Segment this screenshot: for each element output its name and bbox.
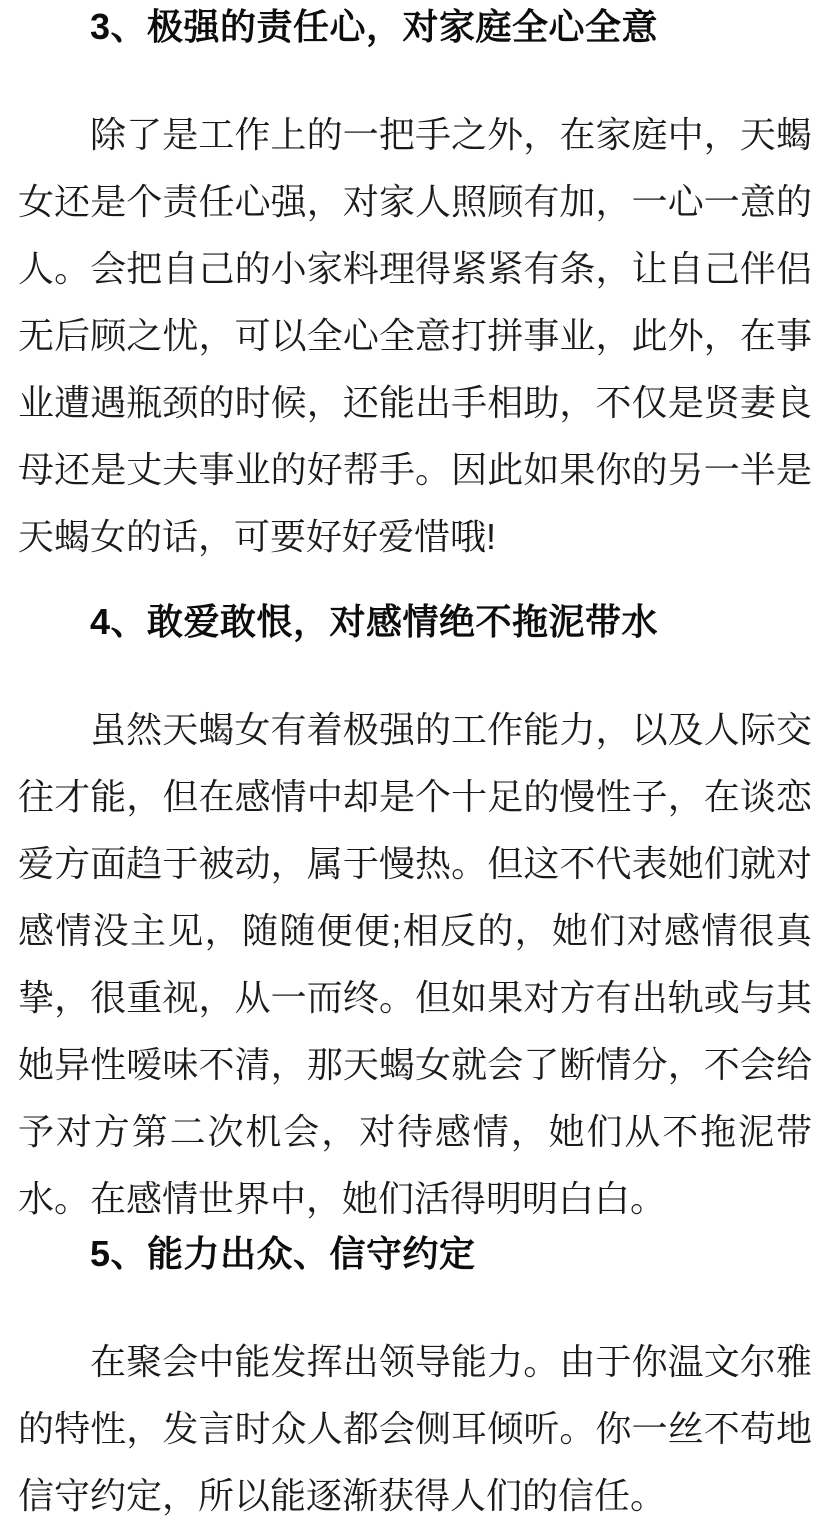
section-4-heading: 4、敢爱敢恨，对感情绝不拖泥带水 <box>18 600 812 644</box>
section-3-paragraph: 除了是工作上的一把手之外，在家庭中，天蝎女还是个责任心强，对家人照顾有加，一心一… <box>18 101 812 570</box>
section-3-heading: 3、极强的责任心，对家庭全心全意 <box>18 5 812 49</box>
section-4-paragraph: 虽然天蝎女有着极强的工作能力，以及人际交往才能，但在感情中却是个十足的慢性子，在… <box>18 696 812 1232</box>
section-5-heading: 5、能力出众、信守约定 <box>18 1232 812 1276</box>
section-5-paragraph: 在聚会中能发挥出领导能力。由于你温文尔雅的特性，发言时众人都会侧耳倾听。你一丝不… <box>18 1328 812 1529</box>
article-page: 3、极强的责任心，对家庭全心全意 除了是工作上的一把手之外，在家庭中，天蝎女还是… <box>0 0 828 1529</box>
